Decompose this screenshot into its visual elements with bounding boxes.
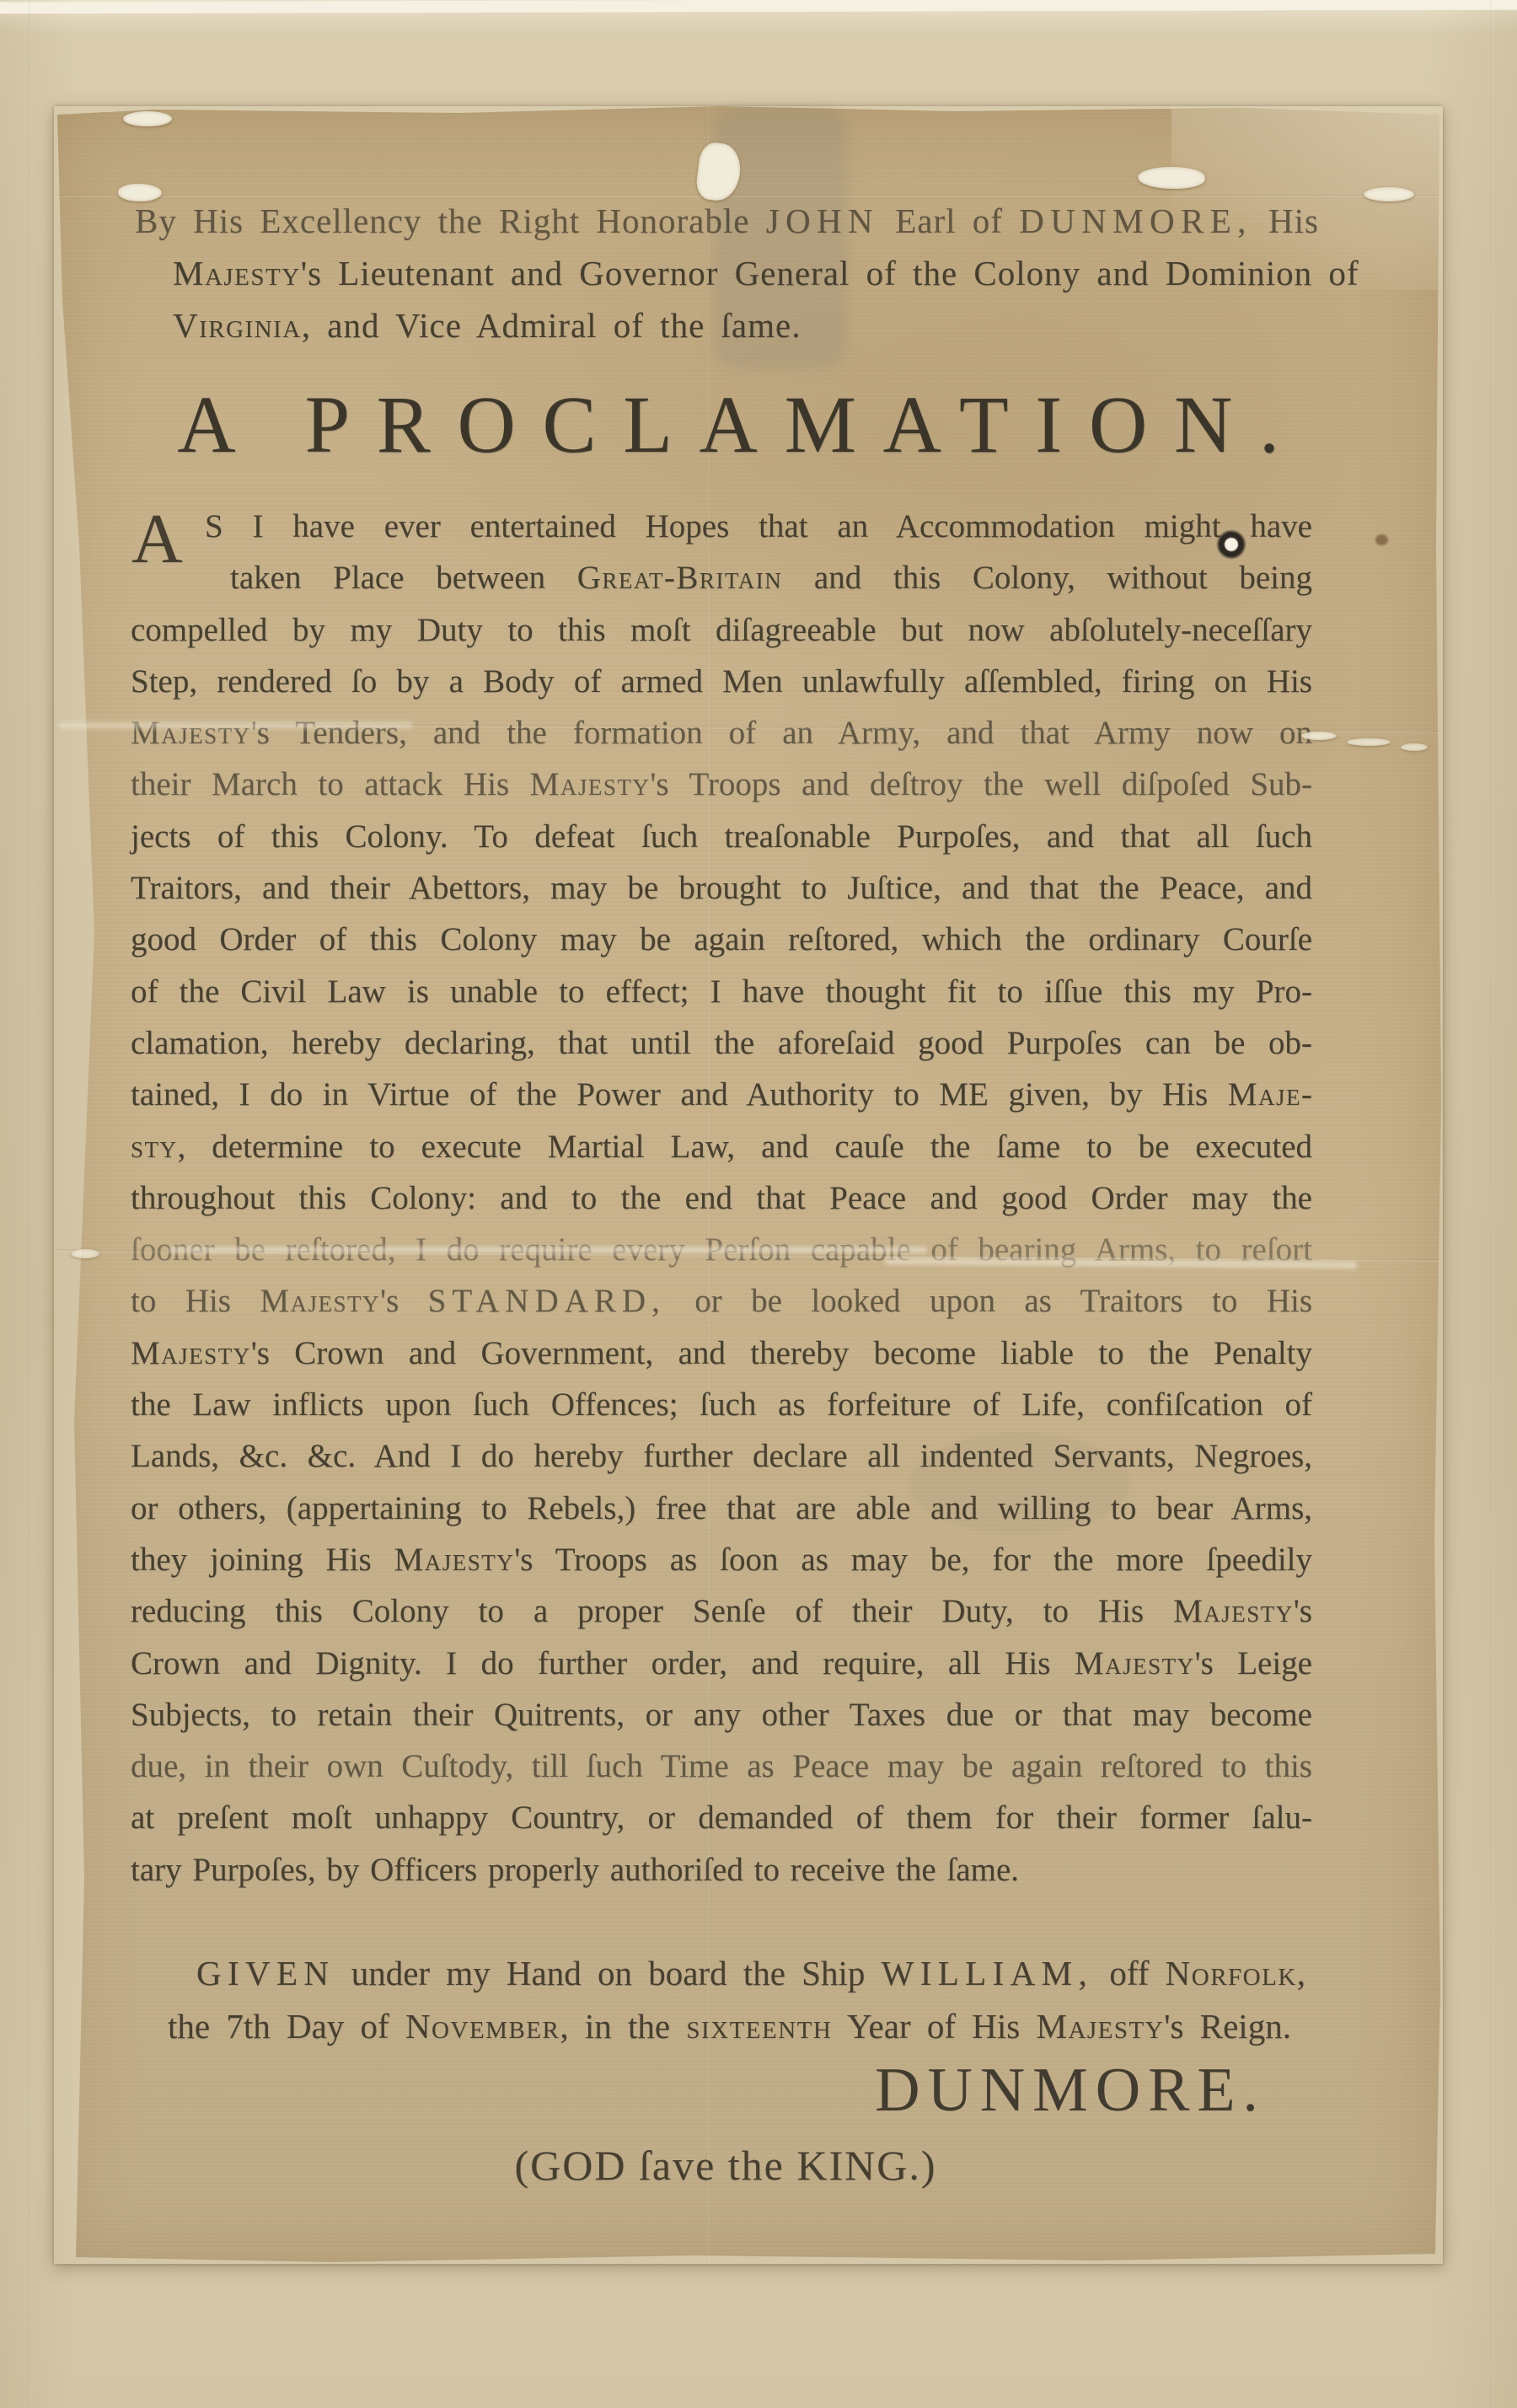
tear-mark [118, 184, 162, 201]
closing-block: GIVEN under my Hand on board the Ship WI… [131, 1947, 1312, 2053]
body-line: the Law inflicts upon ſuch Offences; ſuc… [131, 1379, 1312, 1430]
body-line: to His Majesty's STANDARD, or be looked … [131, 1275, 1312, 1327]
body-line: compelled by my Duty to this moſt diſagr… [131, 604, 1312, 656]
god-save-the-king-motto: (GOD ſave the KING.) [421, 2141, 1030, 2190]
body-line: Lands, &c. &c. And I do hereby further d… [131, 1430, 1312, 1482]
closing-line-1: GIVEN under my Hand on board the Ship WI… [131, 1947, 1312, 2000]
body-line: throughout this Colony: and to the end t… [131, 1172, 1312, 1224]
abrasion-scratch [169, 1247, 927, 1253]
abrasion-scratch [59, 721, 413, 729]
body-line: Traitors, and their Abettors, may be bro… [131, 862, 1312, 914]
body-line: good Order of this Colony may be again r… [131, 914, 1312, 965]
body-line: Majesty's Tenders, and the formation of … [131, 707, 1312, 759]
proclamation-body: S I have ever entertained Hopes that an … [131, 501, 1312, 1896]
body-line: or others, (appertaining to Rebels,) fre… [131, 1483, 1312, 1534]
header-line-1: By His Excellency the Right Honorable JO… [135, 201, 1319, 241]
body-line: at preſent moſt unhappy Country, or dema… [131, 1792, 1312, 1843]
fold-crease-top [54, 195, 1443, 197]
body-line: their March to attack His Majesty's Troo… [131, 759, 1312, 810]
body-line: tained, I do in Virtue of the Power and … [131, 1069, 1312, 1120]
body-line: Step, rendered ſo by a Body of armed Men… [131, 656, 1312, 707]
closing-line-2: the 7th Day of November, in the sixteent… [131, 2000, 1312, 2053]
body-line: clamation, hereby declaring, that until … [131, 1017, 1312, 1069]
ink-spot [1375, 534, 1388, 545]
body-line: tary Purpoſes, by Officers properly auth… [131, 1844, 1312, 1896]
worm-hole [1216, 529, 1246, 560]
body-line: due, in their own Cuſtody, till ſuch Tim… [131, 1740, 1312, 1792]
proclamation-title: A PROCLAMATION. [126, 378, 1357, 471]
body-line: of the Civil Law is unable to effect; I … [131, 966, 1312, 1017]
body-line: Majesty's Crown and Government, and ther… [131, 1327, 1312, 1379]
tear-mark [71, 1249, 99, 1258]
fold-crease-vertical [706, 106, 709, 2264]
tear-mark [1401, 743, 1428, 751]
tear-mark [1364, 187, 1414, 201]
body-line: taken Place between Great-Britain and th… [131, 552, 1312, 603]
tear-mark [1347, 738, 1391, 746]
backing-fold-bottom [0, 2320, 1517, 2322]
body-line: S I have ever entertained Hopes that an … [131, 501, 1312, 552]
header-line-2: Majesty's Lieutenant and Governor Genera… [173, 253, 1359, 293]
body-line: jects of this Colony. To defeat ſuch tre… [131, 811, 1312, 862]
scanned-broadside-dunmore-proclamation: By His Excellency the Right Honorable JO… [0, 0, 1517, 2408]
body-line: Subjects, to retain their Quitrents, or … [131, 1689, 1312, 1740]
tear-mark [1138, 167, 1205, 189]
backing-fold-right [1490, 0, 1493, 2408]
tear-mark [1301, 732, 1337, 740]
body-line: they joining His Majesty's Troops as ſoo… [131, 1534, 1312, 1585]
body-line: reducing this Colony to a proper Senſe o… [131, 1585, 1312, 1637]
tear-mark [123, 111, 172, 126]
body-line: sty, determine to execute Martial Law, a… [131, 1121, 1312, 1172]
backing-fold-left [29, 0, 31, 2408]
body-line: Crown and Dignity. I do further order, a… [131, 1638, 1312, 1689]
signature-dunmore: DUNMORE. [851, 2055, 1289, 2126]
